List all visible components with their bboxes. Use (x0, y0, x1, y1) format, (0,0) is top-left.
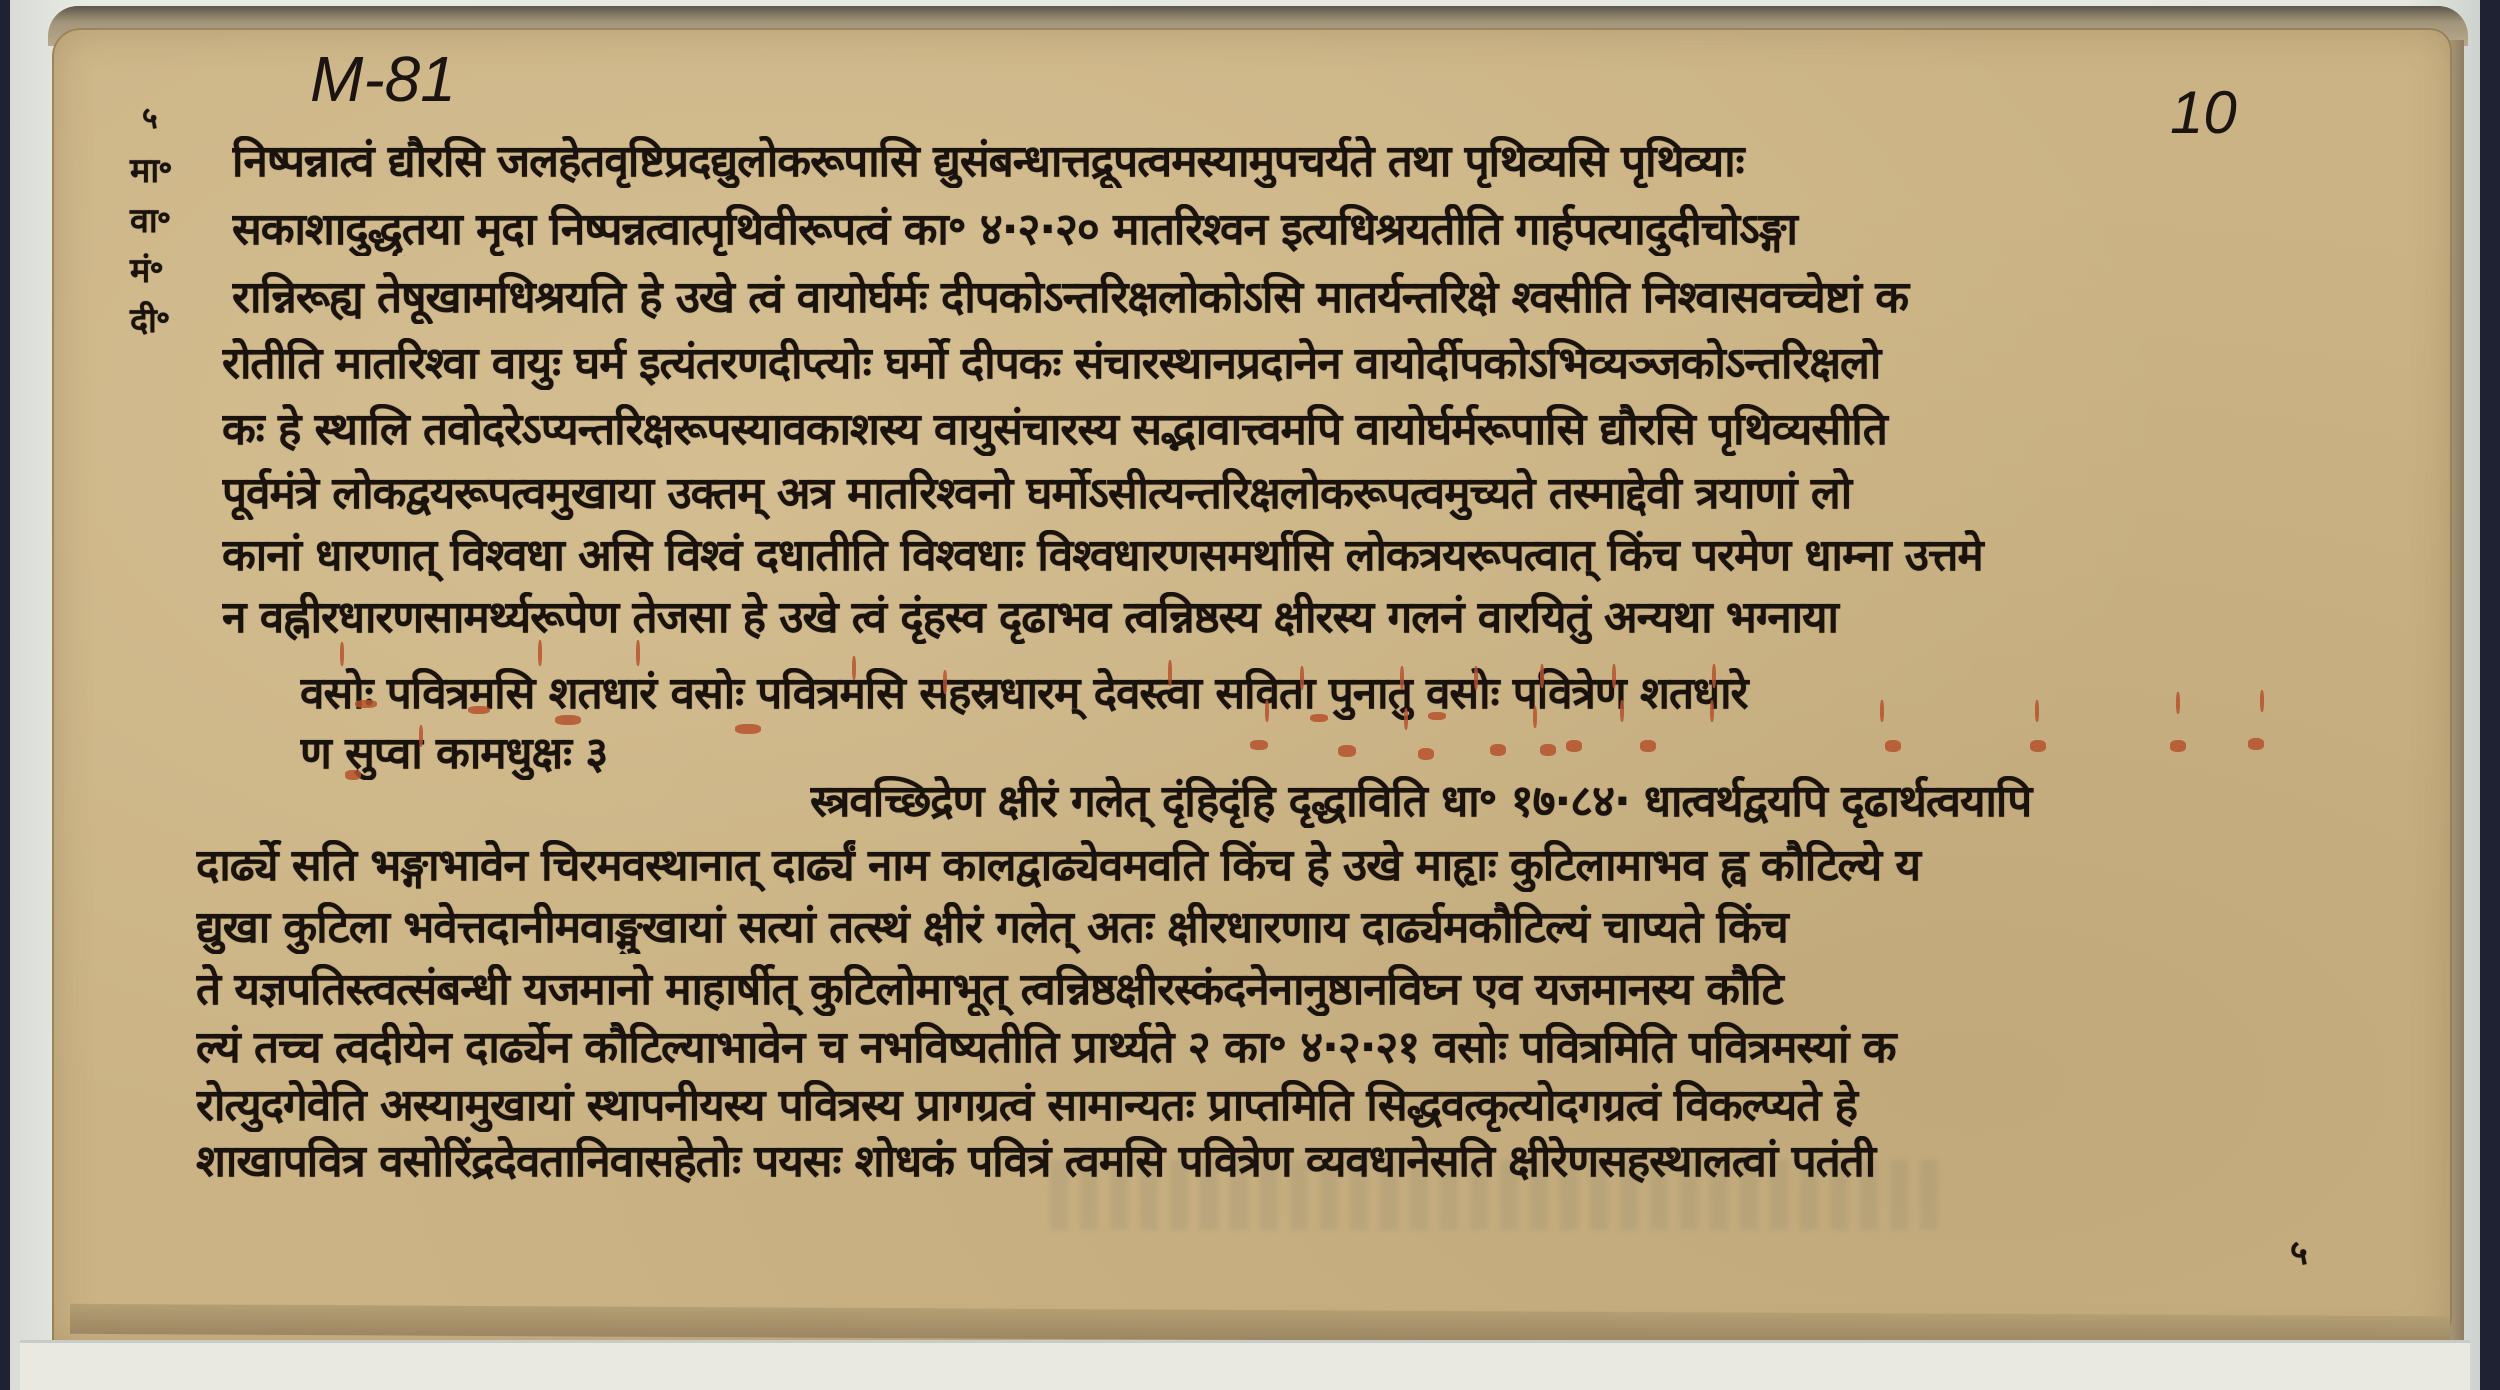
red-accent-mark (1490, 744, 1506, 756)
red-accent-mark (1474, 666, 1478, 690)
red-accent-mark (2260, 690, 2264, 712)
red-accent-mark (2248, 738, 2264, 750)
text-line: पूर्वमंत्रे लोकद्वयरूपत्वमुखाया उक्तम् अ… (222, 468, 2282, 520)
red-accent-mark (1612, 664, 1616, 688)
red-accent-mark (1310, 714, 1328, 722)
sleeve-foot (20, 1340, 2470, 1390)
margin-page-number-top: ५ (142, 96, 157, 137)
red-accent-mark (1712, 664, 1716, 688)
margin-title: मा॰ वा॰ मं॰ दी॰ (130, 150, 190, 342)
red-accent-mark (2035, 700, 2039, 722)
red-accent-mark (1300, 666, 1304, 690)
margin-title-mam: मं॰ (130, 250, 190, 292)
red-accent-mark (538, 640, 542, 666)
red-accent-mark (1640, 740, 1656, 752)
red-accent-mark (1265, 700, 1269, 722)
red-accent-mark (2176, 692, 2180, 714)
text-line: निष्पन्नात्वं द्यौरसि जलहेतवृष्टिप्रदद्य… (232, 136, 2292, 188)
red-accent-mark (852, 656, 856, 680)
red-accent-mark (1540, 744, 1556, 756)
text-line: दार्ढ्ये सति भङ्गाभावेन चिरमवस्थानात् दा… (196, 840, 2256, 892)
margin-title-ma: मा॰ (130, 150, 190, 192)
shelfmark-label: M-81 (310, 42, 456, 116)
margin-title-va: वा॰ (130, 200, 190, 242)
red-accent-mark (1710, 700, 1714, 722)
red-accent-mark (468, 706, 490, 714)
red-accent-mark (1418, 748, 1434, 760)
text-line: शाखापवित्र वसोरिंद्रदेवतानिवासहेतोः पयसः… (196, 1136, 2256, 1188)
red-accent-mark (943, 670, 947, 694)
red-accent-mark (1404, 708, 1408, 730)
red-accent-mark (340, 642, 344, 666)
red-accent-mark (1566, 740, 1582, 752)
text-line: द्युखा कुटिला भवेत्तदानीमवाङ्मुखायां सत्… (196, 902, 2256, 954)
red-accent-mark (1250, 740, 1268, 750)
red-accent-mark (355, 700, 377, 708)
red-accent-mark (1400, 666, 1404, 690)
red-accent-mark (636, 640, 640, 666)
text-line: रोतीति मातरिश्वा वायुः घर्म इत्यंतरणदीप्… (222, 338, 2282, 390)
mantra-line-1: वसोः पवित्रमसि शतधारं वसोः पवित्रमसि सहस… (300, 668, 2200, 720)
mantra-line-2: ण सुप्वा कामधुक्षः ३ (300, 728, 800, 780)
text-line: ल्यं तच्च त्वदीयेन दार्ढ्येन कौटिल्याभाव… (196, 1022, 2256, 1074)
text-line: रोत्युदगेवेति अस्यामुखायां स्थापनीयस्य प… (196, 1080, 2256, 1132)
margin-title-di: दी॰ (130, 300, 190, 342)
red-accent-mark (1533, 706, 1537, 728)
red-accent-mark (1620, 700, 1624, 722)
red-accent-mark (1168, 660, 1172, 686)
red-accent-mark (1540, 664, 1544, 688)
red-accent-mark (1885, 740, 1901, 752)
red-accent-mark (2030, 740, 2046, 752)
text-line: रान्निरूह्य तेषूखामधिश्रयति हे उखे त्वं … (232, 272, 2292, 324)
red-accent-mark (2170, 740, 2186, 752)
red-accent-mark (1880, 700, 1884, 722)
red-accent-mark (345, 770, 361, 780)
red-accent-mark (735, 724, 761, 734)
text-line: स्त्रवच्छिद्रेण क्षीरं गलेत् दृंहिदृंहि … (810, 776, 2290, 828)
text-line: कः हे स्थालि तवोदरेऽप्यन्तरिक्षरूपस्यावक… (222, 404, 2282, 456)
red-accent-mark (419, 725, 423, 747)
text-line: कानां धारणात् विश्वधा असि विश्वं दधातीति… (222, 530, 2282, 582)
red-accent-mark (1428, 712, 1446, 720)
text-line: ते यज्ञपतिस्त्वत्संबन्धी यजमानो माहार्षी… (196, 964, 2256, 1016)
red-accent-mark (555, 715, 581, 725)
text-line: न वह्नीरधारणसामर्थ्यरूपेण तेजसा हे उखे त… (222, 592, 2282, 644)
red-accent-mark (1338, 745, 1356, 757)
text-line: सकाशादुद्धृतया मृदा निष्पन्नत्वात्पृथिवी… (232, 204, 2292, 256)
margin-page-number-bottom: ५ (2290, 1228, 2307, 1274)
